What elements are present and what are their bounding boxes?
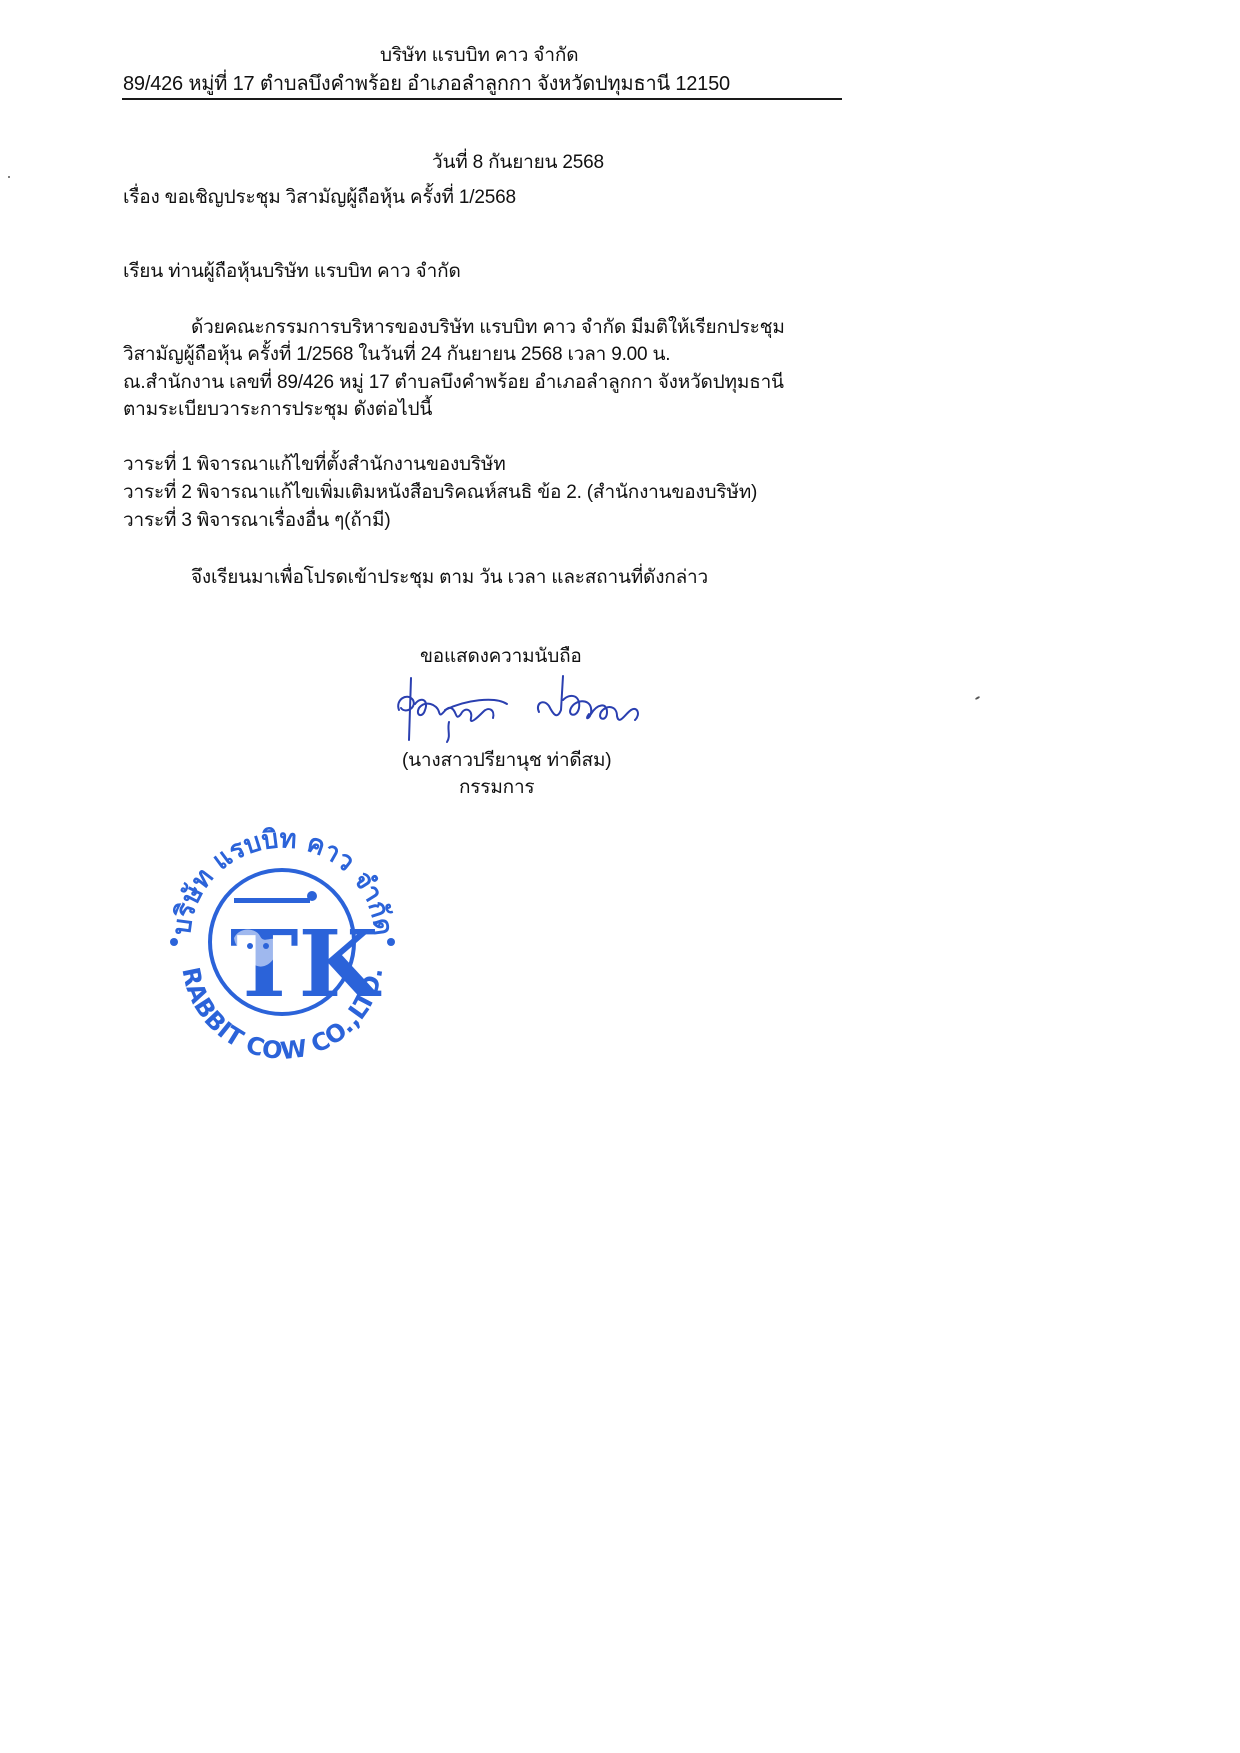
scan-speck [8, 176, 10, 178]
body-line: ตามระเบียบวาระการประชุม ดังต่อไปนี้ [123, 398, 432, 422]
signer-name: (นางสาวปรียานุช ท่าดีสม) [402, 749, 611, 773]
company-seal-stamp: บริษัท แรบบิท คาว จำกัด RABBIT COW CO.,L… [160, 818, 405, 1063]
body-line: ด้วยคณะกรรมการบริหารของบริษัท แรบบิท คาว… [191, 316, 785, 340]
handwritten-signature [385, 670, 655, 750]
company-address: 89/426 หมู่ที่ 17 ตำบลบึงคำพร้อย อำเภอลำ… [123, 72, 730, 96]
body-line: ณ.สำนักงาน เลขที่ 89/426 หมู่ 17 ตำบลบึง… [123, 371, 784, 395]
regards-line: ขอแสดงความนับถือ [420, 645, 582, 669]
letter-page: บริษัท แรบบิท คาว จำกัด 89/426 หมู่ที่ 1… [0, 0, 1240, 1753]
seal-monogram: TK [230, 910, 381, 1018]
letter-salutation: เรียน ท่านผู้ถือหุ้นบริษัท แรบบิท คาว จำ… [123, 260, 461, 284]
letter-subject: เรื่อง ขอเชิญประชุม วิสามัญผู้ถือหุ้น คร… [123, 186, 516, 210]
company-name: บริษัท แรบบิท คาว จำกัด [380, 44, 578, 68]
agenda-item: วาระที่ 3 พิจารณาเรื่องอื่น ๆ(ถ้ามี) [123, 509, 390, 533]
agenda-item: วาระที่ 2 พิจารณาแก้ไขเพิ่มเติมหนังสือบร… [123, 481, 757, 505]
signer-title: กรรมการ [459, 776, 534, 800]
scan-speck [975, 696, 980, 700]
agenda-item: วาระที่ 1 พิจารณาแก้ไขที่ตั้งสำนักงานของ… [123, 453, 506, 477]
body-line: วิสามัญผู้ถือหุ้น ครั้งที่ 1/2568 ในวันท… [123, 343, 670, 367]
closing-line: จึงเรียนมาเพื่อโปรดเข้าประชุม ตาม วัน เว… [191, 566, 708, 590]
header-divider [122, 98, 842, 100]
letter-date: วันที่ 8 กันยายน 2568 [432, 151, 604, 175]
